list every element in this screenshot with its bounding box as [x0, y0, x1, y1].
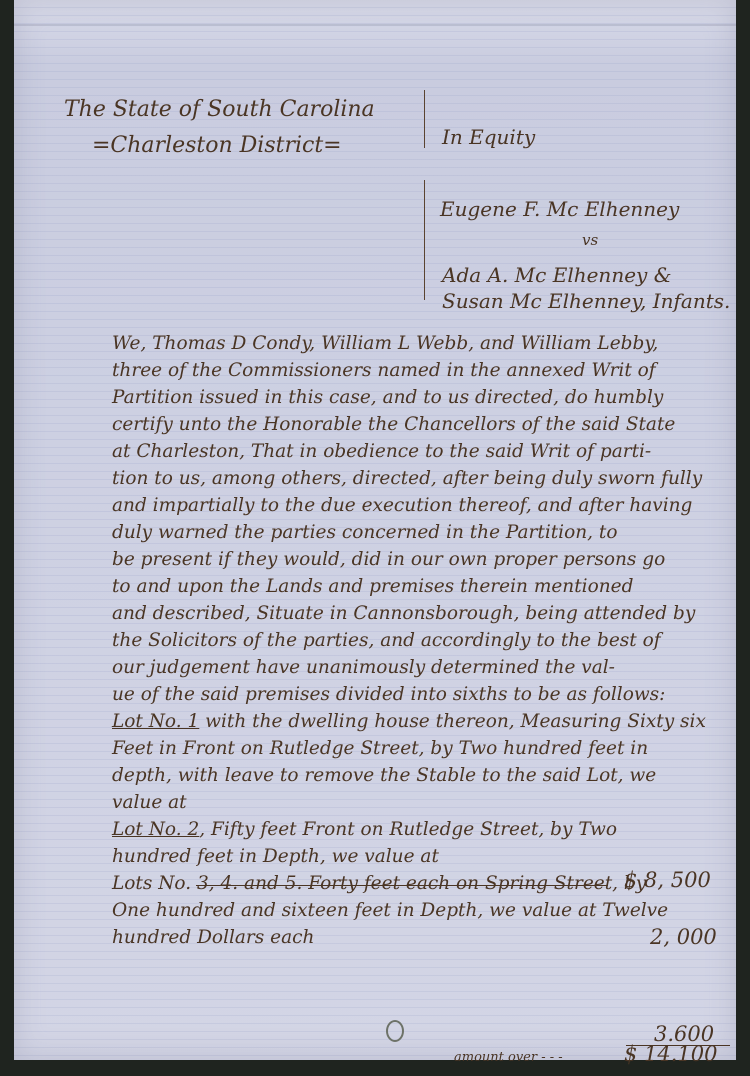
- body-line: three of the Commissioners named in the …: [112, 357, 750, 384]
- paper-stain-ring: [386, 1020, 404, 1042]
- court-label: In Equity: [442, 125, 535, 149]
- defendants-line-1: Ada A. Mc Elhenney &: [442, 263, 672, 287]
- lots-3-5-line: One hundred and sixteen feet in Depth, w…: [112, 897, 750, 924]
- body-line: certify unto the Honorable the Chancello…: [112, 411, 750, 438]
- defendants-line-2: Susan Mc Elhenney, Infants.: [442, 289, 730, 313]
- state-line: The State of South Carolina: [64, 92, 375, 128]
- lot-1-value: $ 8, 500: [624, 868, 711, 892]
- lot-1-line: Lot No. 1 with the dwelling house thereo…: [112, 708, 750, 735]
- manuscript-page: The State of South Carolina =Charleston …: [14, 0, 736, 1060]
- bracket-divider: [424, 180, 425, 300]
- paper-fold: [14, 24, 736, 26]
- lot-2-line: hundred feet in Depth, we value at: [112, 843, 750, 870]
- lots-3-5-text: Forty feet each on Spring Street, by: [302, 873, 646, 894]
- lot-1-line: depth, with leave to remove the Stable t…: [112, 762, 750, 789]
- body-line: tion to us, among others, directed, afte…: [112, 465, 750, 492]
- body-line: ue of the said premises divided into six…: [112, 681, 750, 708]
- bracket-divider: [424, 90, 425, 148]
- district-line: =Charleston District=: [64, 128, 375, 164]
- total-label: amount over - - -: [454, 1050, 563, 1065]
- body-line: at Charleston, That in obedience to the …: [112, 438, 750, 465]
- versus-label: vs: [582, 231, 598, 249]
- body-line: Partition issued in this case, and to us…: [112, 384, 750, 411]
- return-body: We, Thomas D Condy, William L Webb, and …: [112, 330, 750, 951]
- lot-2-line: Lot No. 2, Fifty feet Front on Rutledge …: [112, 816, 750, 843]
- body-line: be present if they would, did in our own…: [112, 546, 750, 573]
- total-value: $ 14.100: [624, 1042, 718, 1066]
- body-line: We, Thomas D Condy, William L Webb, and …: [112, 330, 750, 357]
- body-line: and described, Situate in Cannonsborough…: [112, 600, 750, 627]
- lot-1-line: Feet in Front on Rutledge Street, by Two…: [112, 735, 750, 762]
- lot-1-line: value at: [112, 789, 750, 816]
- value-leader-line: [196, 885, 608, 886]
- lot-1-label: Lot No. 1: [112, 711, 199, 732]
- body-line: and impartially to the due execution the…: [112, 492, 750, 519]
- body-line: to and upon the Lands and premises there…: [112, 573, 750, 600]
- jurisdiction-heading: The State of South Carolina =Charleston …: [64, 92, 375, 164]
- plaintiff-name: Eugene F. Mc Elhenney: [440, 197, 679, 221]
- lot-1-text: with the dwelling house thereon, Measuri…: [205, 711, 706, 732]
- body-line: the Solicitors of the parties, and accor…: [112, 627, 750, 654]
- lot-2-value: 2, 000: [650, 925, 717, 949]
- lots-3-5-label: Lots No. 3, 4. and 5.: [112, 873, 302, 894]
- body-line: duly warned the parties concerned in the…: [112, 519, 750, 546]
- lot-2-text: , Fifty feet Front on Rutledge Street, b…: [199, 819, 617, 840]
- lot-2-label: Lot No. 2: [112, 819, 199, 840]
- body-line: our judgement have unanimously determine…: [112, 654, 750, 681]
